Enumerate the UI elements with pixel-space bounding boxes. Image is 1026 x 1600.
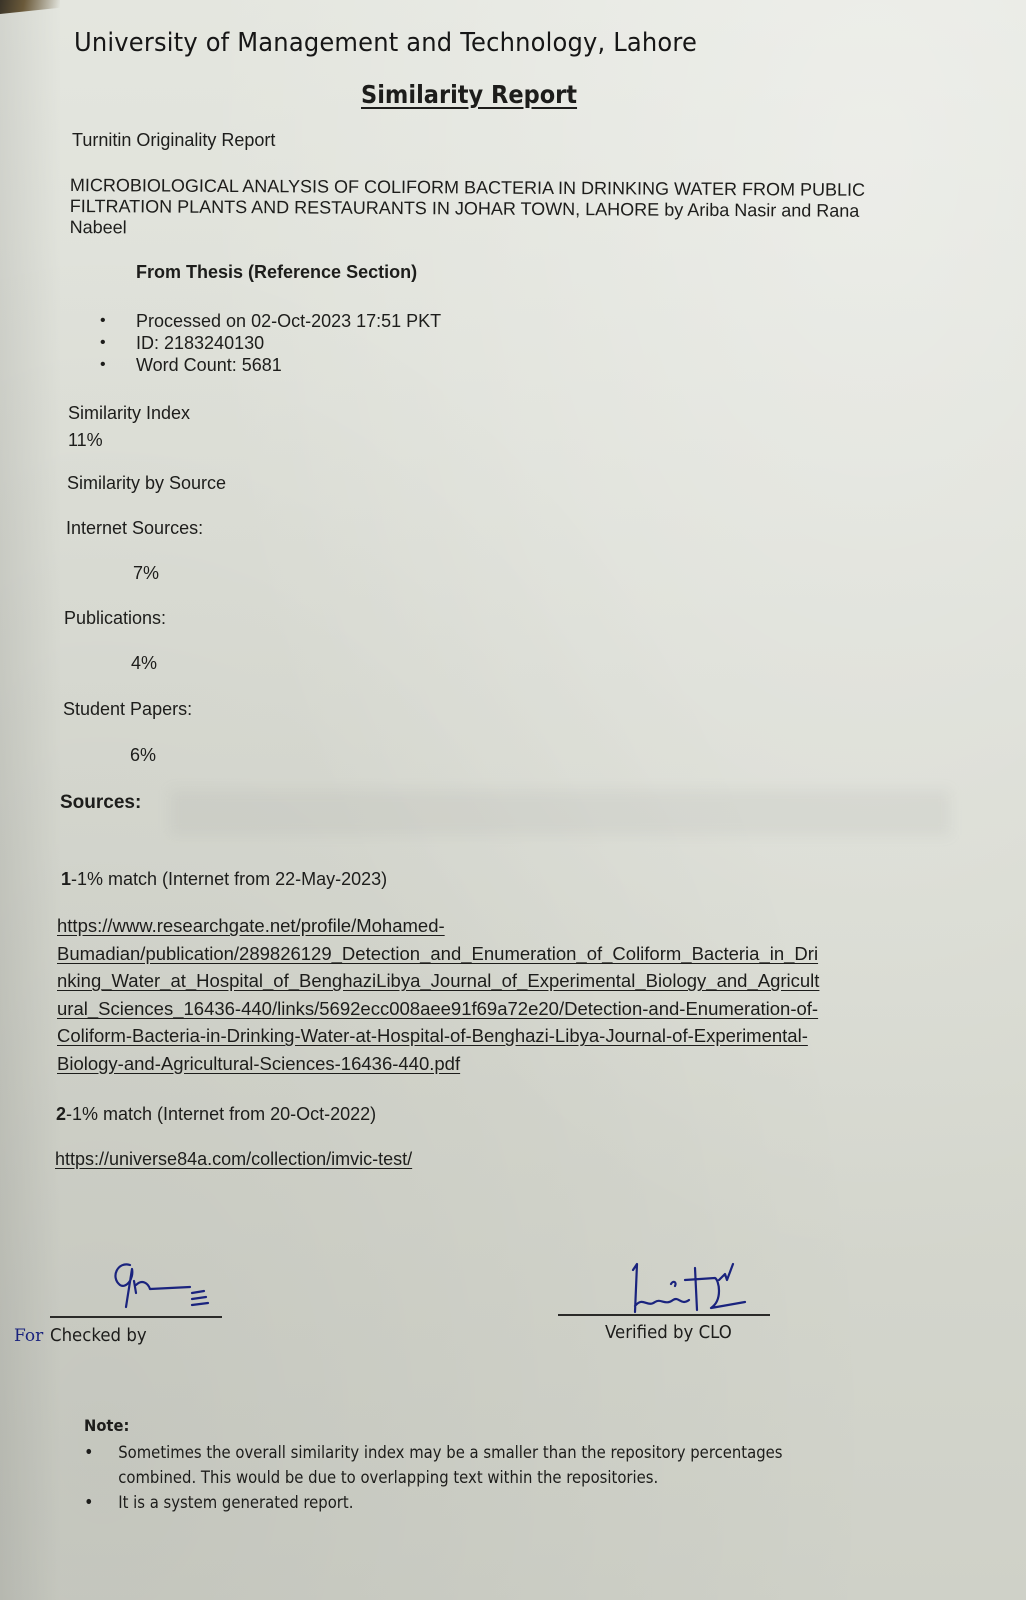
page-corner-shadow (0, 0, 60, 14)
publications-label: Publications: (64, 608, 166, 629)
source-1-url-line[interactable]: ural_Sciences_16436-440/links/5692ecc008… (57, 998, 818, 1019)
checked-by-label: Checked by (50, 1325, 147, 1346)
source-1-match-text: -1% match (Internet from 22-May-2023) (71, 869, 387, 889)
submission-id: ID: 2183240130 (100, 332, 441, 354)
source-1-number: 1 (61, 869, 71, 889)
institution-title: University of Management and Technology,… (74, 28, 697, 58)
verified-by-signature (615, 1250, 785, 1320)
source-1-url[interactable]: https://www.researchgate.net/profile/Moh… (57, 912, 917, 1077)
submission-meta-list: Processed on 02-Oct-2023 17:51 PKT ID: 2… (100, 310, 441, 376)
processed-date: Processed on 02-Oct-2023 17:51 PKT (100, 310, 441, 332)
word-count: Word Count: 5681 (100, 354, 441, 376)
submission-source-label: From Thesis (Reference Section) (136, 262, 417, 283)
source-1-url-line[interactable]: Coliform-Bacteria-in-Drinking-Water-at-H… (57, 1025, 808, 1046)
verified-by-label: Verified by CLO (605, 1322, 732, 1343)
note-item: It is a system generated report. (84, 1490, 858, 1515)
similarity-index-label: Similarity Index (68, 403, 190, 424)
source-1-url-line[interactable]: Biology-and-Agricultural-Sciences-16436-… (57, 1053, 460, 1074)
source-2-url-link[interactable]: https://universe84a.com/collection/imvic… (55, 1149, 412, 1169)
internet-sources-label: Internet Sources: (66, 518, 203, 539)
student-papers-value: 6% (130, 745, 156, 766)
student-papers-label: Student Papers: (63, 699, 192, 720)
similarity-index-value: 11% (68, 430, 103, 451)
submission-title-block: MICROBIOLOGICAL ANALYSIS OF COLIFORM BAC… (70, 175, 900, 243)
source-2-match-text: -1% match (Internet from 20-Oct-2022) (66, 1104, 376, 1124)
note-item: Sometimes the overall similarity index m… (84, 1440, 858, 1490)
source-1-url-line[interactable]: https://www.researchgate.net/profile/Moh… (57, 915, 445, 936)
internet-sources-value: 7% (133, 563, 159, 584)
publications-value: 4% (131, 653, 157, 674)
verified-by-line (558, 1314, 770, 1316)
note-list: Sometimes the overall similarity index m… (84, 1440, 858, 1515)
source-1-url-line[interactable]: nking_Water_at_Hospital_of_BenghaziLibya… (57, 970, 819, 991)
source-1-url-line[interactable]: Bumadian/publication/289826129_Detection… (57, 943, 818, 964)
note-title: Note: (84, 1416, 129, 1435)
similarity-by-source-label: Similarity by Source (67, 473, 226, 494)
source-1-match: 1-1% match (Internet from 22-May-2023) (61, 869, 387, 890)
report-title: Similarity Report (361, 80, 577, 109)
source-2-match: 2-1% match (Internet from 20-Oct-2022) (56, 1104, 376, 1125)
checked-by-prefix: For (14, 1326, 43, 1346)
sources-heading: Sources: (60, 792, 141, 814)
checked-by-line (50, 1316, 222, 1318)
bleed-through-shadow (170, 790, 950, 835)
report-type: Turnitin Originality Report (72, 130, 275, 151)
source-2-number: 2 (56, 1104, 66, 1124)
checked-by-signature (100, 1255, 230, 1315)
source-2-url[interactable]: https://universe84a.com/collection/imvic… (55, 1149, 412, 1170)
